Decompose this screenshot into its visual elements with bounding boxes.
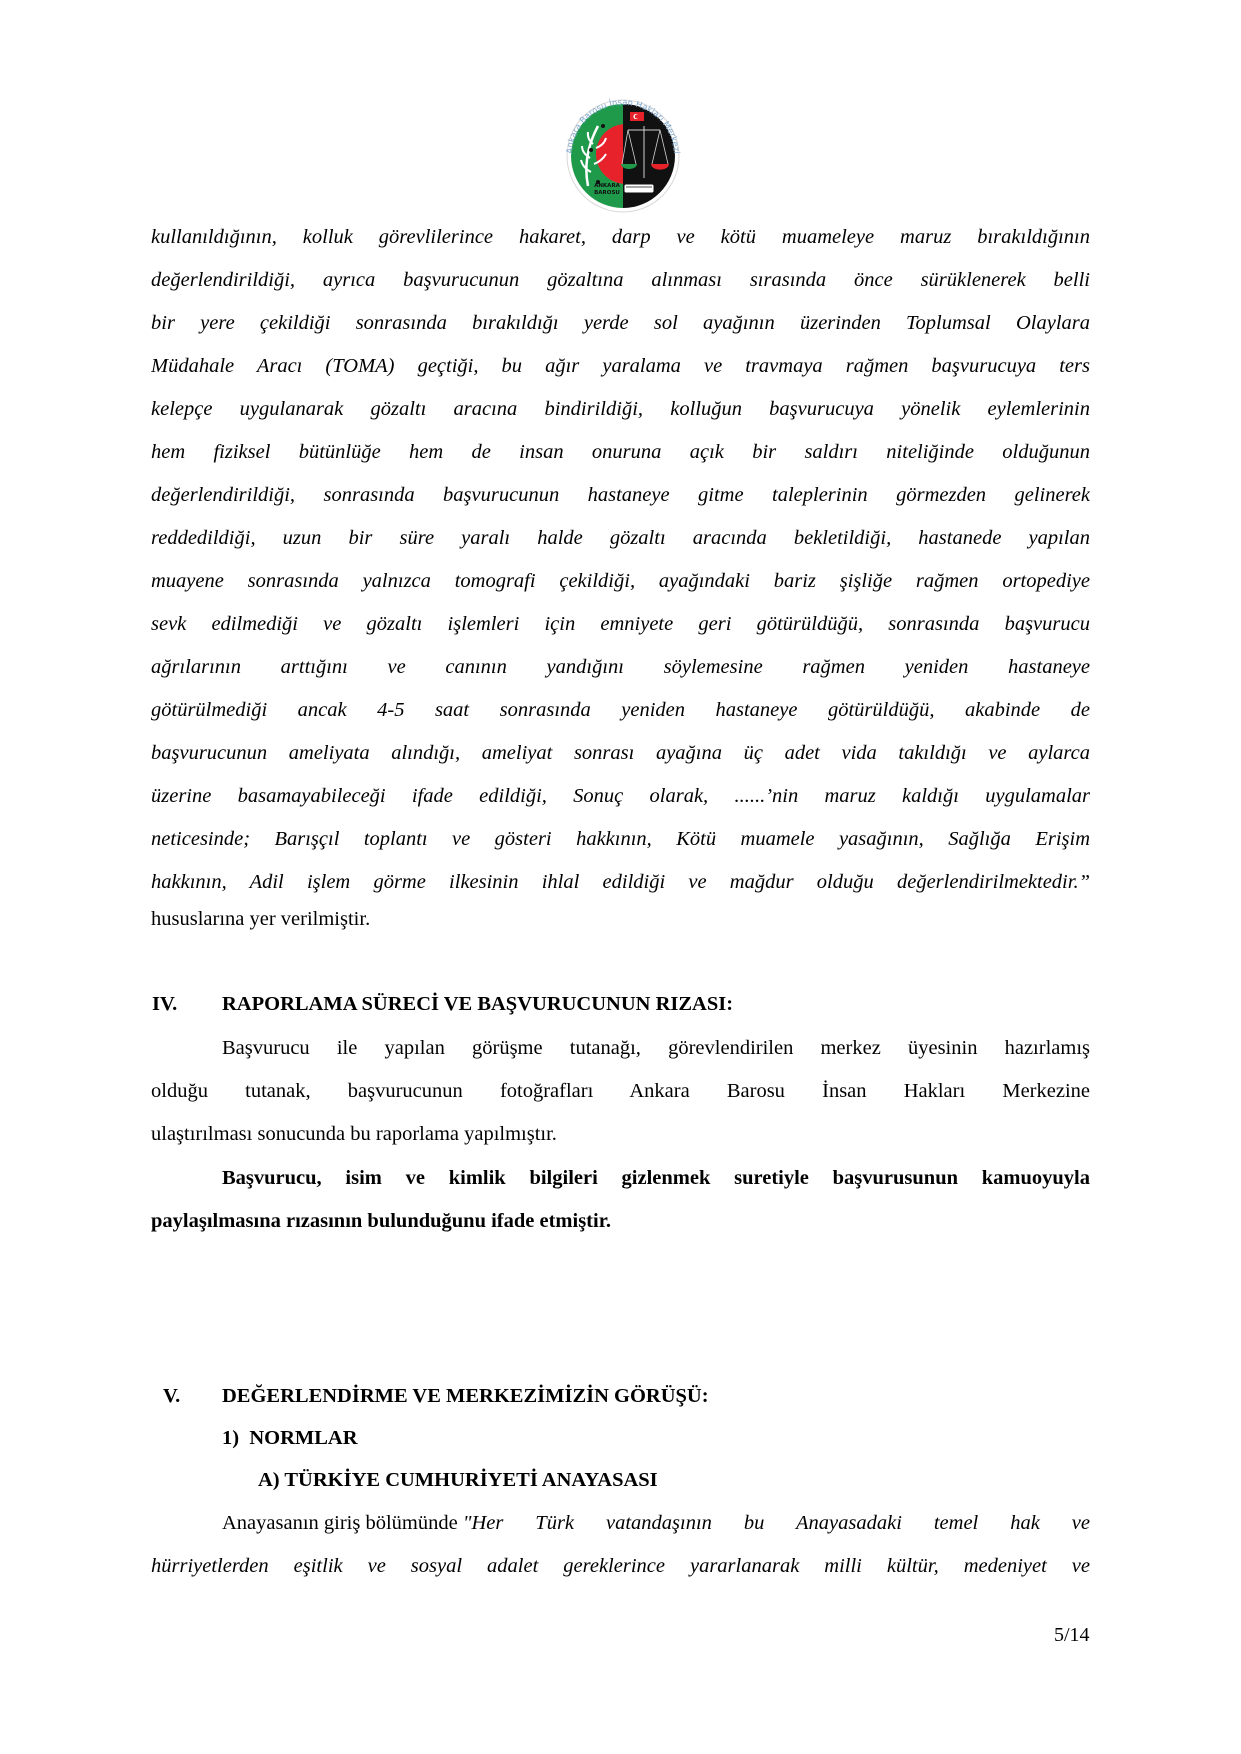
quote-line: sevk edilmediği ve gözaltı işlemleri içi…: [151, 612, 1090, 636]
quote-line: değerlendirildiği, ayrıca başvurucunun g…: [151, 268, 1090, 292]
quote-line: hem fiziksel bütünlüğe hem de insan onur…: [151, 440, 1090, 464]
consent-statement-line: paylaşılmasına rızasının bulunduğunu ifa…: [151, 1209, 1090, 1233]
ankara-barosu-logo-icon: ANKARA BAROSU Ankara Barosu İnsan Haklar…: [558, 86, 688, 214]
quote-line: reddedildiği, uzun bir süre yaralı halde…: [151, 526, 1090, 550]
section-4-paragraph-line: ulaştırılması sonucunda bu raporlama yap…: [151, 1122, 1090, 1146]
quote-line: üzerine basamayabileceği ifade edildiği,…: [151, 784, 1090, 808]
quote-line: götürülmediği ancak 4-5 saat sonrasında …: [151, 698, 1090, 722]
section-4-paragraph-line: olduğu tutanak, başvurucunun fotoğraflar…: [151, 1079, 1090, 1103]
section-4-paragraph-line: Başvurucu ile yapılan görüşme tutanağı, …: [222, 1036, 1090, 1060]
section-4-number: IV.: [152, 992, 177, 1016]
section-5-number: V.: [163, 1384, 180, 1408]
quote-line: Müdahale Aracı (TOMA) geçtiği, bu ağır y…: [151, 354, 1090, 378]
quote-line: başvurucunun ameliyata alındığı, ameliya…: [151, 741, 1090, 765]
constitution-paragraph-line: Anayasanın giriş bölümünde "Her Türk vat…: [222, 1511, 1090, 1535]
section-5-title: DEĞERLENDİRME VE MERKEZİMİZİN GÖRÜŞÜ:: [222, 1384, 709, 1408]
quote-line: neticesinde; Barışçıl toplantı ve göster…: [151, 827, 1090, 851]
quote-line: ağrılarının arttığını ve canının yandığı…: [151, 655, 1090, 679]
consent-statement-line: Başvurucu, isim ve kimlik bilgileri gizl…: [222, 1166, 1090, 1190]
page-number: 5/14: [1054, 1624, 1090, 1647]
quote-line: değerlendirildiği, sonrasında başvurucun…: [151, 483, 1090, 507]
quote-closing-text: hususlarına yer verilmiştir.: [151, 907, 1090, 931]
subsection-normlar: 1) NORMLAR: [222, 1426, 358, 1450]
svg-text:ANKARA: ANKARA: [594, 183, 621, 189]
constitution-paragraph-line: hürriyetlerden eşitlik ve sosyal adalet …: [151, 1554, 1090, 1578]
constitution-quote-text: "Her Türk vatandaşının bu Anayasadaki te…: [463, 1511, 1090, 1535]
quote-line: bir yere çekildiği sonrasında bırakıldığ…: [151, 311, 1090, 335]
quote-line: kullanıldığının, kolluk görevlilerince h…: [151, 225, 1090, 249]
subsection-anayasa: A) TÜRKİYE CUMHURİYETİ ANAYASASI: [258, 1468, 658, 1492]
quote-line: kelepçe uygulanarak gözaltı aracına bind…: [151, 397, 1090, 421]
constitution-intro-text: Anayasanın giriş bölümünde: [222, 1511, 463, 1535]
quote-line: muayene sonrasında yalnızca tomografi çe…: [151, 569, 1090, 593]
svg-text:BAROSU: BAROSU: [594, 190, 620, 196]
section-4-title: RAPORLAMA SÜRECİ VE BAŞVURUCUNUN RIZASI:: [222, 992, 733, 1016]
quote-line: hakkının, Adil işlem görme ilkesinin ihl…: [151, 870, 1090, 894]
